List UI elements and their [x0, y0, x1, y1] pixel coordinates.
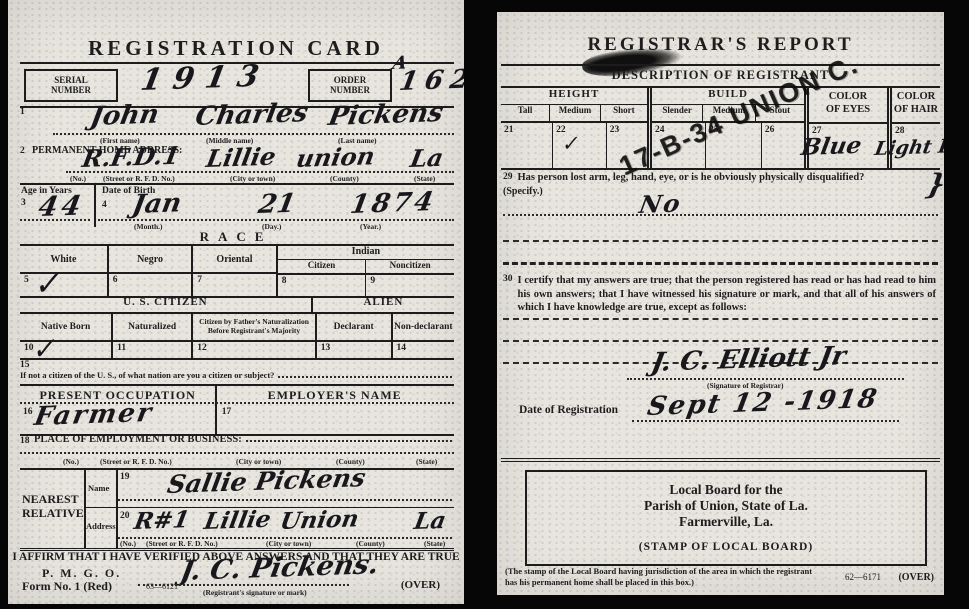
- rel-state-label: (State): [424, 539, 445, 548]
- over-label-right-card: (OVER): [898, 572, 934, 583]
- order-number-labelbox: ORDER NUMBER: [308, 69, 392, 102]
- race-indian-subrow: Citizen Noncitizen: [278, 259, 454, 273]
- addr-city-label: (City or town): [230, 174, 275, 183]
- eyes-value: Blue: [799, 132, 864, 161]
- race-table: White 5 ✓ Negro 6 Oriental 7 Indian Citi…: [20, 244, 454, 298]
- registrars-report-card: REGISTRAR'S REPORT DESCRIPTION OF REGIST…: [497, 12, 944, 595]
- q15-row: If not a citizen of the U. S., of what n…: [20, 370, 454, 380]
- date-of-registration-value: Sept 12 -1918: [645, 384, 881, 422]
- declarant-label: Declarant: [317, 314, 391, 340]
- q18-dotline: [246, 440, 452, 442]
- scanned-document: REGISTRATION CARD SERIAL NUMBER 1913 ORD…: [0, 0, 969, 609]
- race-oriental-label: Oriental: [193, 246, 275, 272]
- eyes-header-line2: OF EYES: [809, 103, 887, 116]
- q18-row: PLACE OF EMPLOYMENT OR BUSINESS:: [34, 434, 454, 445]
- relative-divider-1: [84, 470, 86, 548]
- registrar-signature: J. C. Elliott Jr: [649, 341, 848, 378]
- q17-number: 17: [222, 407, 232, 417]
- declarant-cell: 13: [317, 340, 391, 360]
- order-number-value: 1624: [397, 64, 464, 97]
- nearest-label-line2: RELATIVE: [22, 506, 84, 520]
- citizen-body-row: Native Born 10 ✓ Naturalized 11 Citizen …: [20, 312, 454, 360]
- tall-label: Tall: [501, 105, 550, 121]
- emp-no-label: (No.): [63, 457, 79, 466]
- native-born-cell: 10 ✓: [20, 340, 111, 360]
- race-indian-label: Indian: [278, 246, 454, 259]
- native-born-label: Native Born: [20, 314, 111, 340]
- citizen-col-father: Citizen by Father's Naturalization Befor…: [193, 314, 317, 360]
- rel-city-label: (City or town): [266, 539, 311, 548]
- addr-state-label: (State): [414, 174, 435, 183]
- father-naturalization-num: 12: [197, 343, 207, 353]
- age-dob-divider: [94, 183, 96, 227]
- employers-name-header: EMPLOYER'S NAME: [215, 388, 454, 403]
- race-citizen-num: 8: [278, 275, 367, 296]
- name-line: [53, 114, 454, 135]
- board-divider: [501, 458, 940, 462]
- race-indian-citizen-label: Citizen: [278, 260, 367, 273]
- order-label-line2: NUMBER: [330, 86, 370, 96]
- race-negro-cell: 6: [109, 272, 191, 296]
- race-white-cell: 5 ✓: [20, 272, 107, 296]
- native-born-num: 10: [24, 343, 34, 353]
- race-oriental-cell: 7: [193, 272, 275, 296]
- naturalized-label: Naturalized: [113, 314, 191, 340]
- q29-line2: [503, 240, 938, 242]
- registrars-report-title: REGISTRAR'S REPORT: [497, 34, 944, 56]
- q18-number: 18: [20, 436, 30, 446]
- age-dotline: [20, 200, 90, 221]
- addr-street-label: (Street or R. F. D. No.): [103, 174, 175, 183]
- board-stamp-line2: Parish of Union, State of La.: [527, 498, 925, 514]
- race-header: RACE: [8, 229, 464, 245]
- race-negro-num: 6: [113, 275, 118, 285]
- race-col-oriental: Oriental 7: [193, 246, 277, 296]
- q30-text: I certify that my answers are true; that…: [518, 274, 937, 315]
- serial-number-value: 1913: [138, 59, 273, 98]
- relative-address-label: Address: [86, 521, 116, 531]
- rel-street-label: (Street or R. F. D. No.): [146, 539, 218, 548]
- race-col-negro: Negro 6: [109, 246, 193, 296]
- q18-answer-line: [20, 452, 454, 454]
- q30-line1: [503, 318, 938, 320]
- citizen-col-native: Native Born 10 ✓: [20, 314, 113, 360]
- board-stamp-line3: Farmerville, La.: [527, 514, 925, 530]
- rel-no-label: (No.): [120, 539, 136, 548]
- race-col-indian: Indian Citizen Noncitizen 8 9: [278, 246, 454, 296]
- nondeclarant-num: 14: [397, 343, 407, 353]
- board-stamp-line1: Local Board for the: [527, 482, 925, 498]
- nearest-label-line1: NEAREST: [22, 492, 84, 506]
- q29-specify-label: (Specify.): [503, 186, 543, 197]
- hair-header-line2: OF HAIR: [892, 103, 940, 116]
- stout-cell: 26: [762, 123, 804, 168]
- emp-city-label: (City or town): [236, 457, 281, 466]
- place-of-employment-label: PLACE OF EMPLOYMENT OR BUSINESS:: [34, 434, 242, 445]
- q30-number: 30: [503, 274, 513, 315]
- naturalized-cell: 11: [113, 340, 191, 360]
- q29-line3: [503, 262, 938, 265]
- medium-label: Medium: [550, 105, 601, 121]
- date-of-registration-line: [632, 420, 899, 422]
- naturalized-num: 11: [117, 343, 126, 353]
- father-naturalization-label: Citizen by Father's Naturalization Befor…: [193, 314, 315, 340]
- addr-county-label: (County): [330, 174, 359, 183]
- tall-cell: 21: [501, 123, 553, 168]
- q29-line1: [503, 214, 938, 216]
- citizen-header-row: U. S. CITIZEN ALIEN: [20, 296, 454, 312]
- registrant-signature: J. C. Pickens.: [178, 549, 381, 587]
- occupation-block: PRESENT OCCUPATION EMPLOYER'S NAME 16 Fa…: [20, 384, 454, 436]
- declarant-num: 13: [321, 343, 331, 353]
- serial-number-labelbox: SERIAL NUMBER: [24, 69, 118, 102]
- hair-header: COLOR OF HAIR: [892, 88, 940, 122]
- nearest-relative-label: NEAREST RELATIVE: [22, 492, 84, 521]
- race-noncitizen-num: 9: [366, 275, 454, 296]
- hair-header-line1: COLOR: [892, 90, 940, 103]
- age-row-topline: [20, 183, 454, 185]
- alien-header: ALIEN: [311, 296, 454, 312]
- date-of-registration-label: Date of Registration: [519, 404, 618, 416]
- father-naturalization-cell: 12: [193, 340, 315, 360]
- check-mark-icon: ✓: [31, 330, 60, 367]
- citizen-col-declarant: Declarant 13: [317, 314, 393, 360]
- race-indian-numrow: 8 9: [278, 273, 454, 296]
- height-subrow: Tall Medium Short: [501, 104, 647, 121]
- hair-value: Light Brn: [873, 134, 944, 160]
- citizen-table: U. S. CITIZEN ALIEN Native Born 10 ✓ Nat…: [20, 296, 454, 360]
- race-indian-noncitizen-label: Noncitizen: [366, 260, 454, 273]
- addr-no-label: (No.): [70, 174, 86, 183]
- registrant-signature-label: (Registrant's signature or mark): [203, 588, 307, 597]
- stamp-of-local-board-caption: (STAMP OF LOCAL BOARD): [527, 541, 925, 553]
- q19-number: 19: [120, 472, 130, 482]
- emp-state-label: (State): [416, 457, 437, 466]
- nondeclarant-cell: 14: [393, 340, 454, 360]
- serial-label-line2: NUMBER: [51, 86, 91, 96]
- local-board-stamp-box: Local Board for the Parish of Union, Sta…: [525, 470, 927, 566]
- occupation-value: Farmer: [32, 398, 155, 432]
- q16-number: 16: [23, 407, 33, 417]
- form-number-label: Form No. 1 (Red): [22, 579, 112, 594]
- nondeclarant-label: Non-declarant: [393, 314, 454, 340]
- board-footnote: (The stamp of the Local Board having jur…: [505, 566, 817, 588]
- registrant-signature-line: [138, 584, 349, 586]
- over-label-left-card: (OVER): [401, 579, 440, 591]
- dob-dotline: [98, 200, 454, 221]
- relative-name-line: [118, 482, 452, 501]
- registrar-signature-line: [627, 378, 904, 380]
- check-mark-icon: ✓: [561, 130, 582, 157]
- q30-row: 30 I certify that my answers are true; t…: [503, 274, 936, 315]
- q15-dotline: [278, 376, 452, 378]
- race-negro-label: Negro: [109, 246, 191, 272]
- q2-number: 2: [20, 146, 25, 156]
- race-white-num: 5: [24, 275, 29, 285]
- q15-number: 15: [20, 360, 30, 370]
- q1-number: 1: [20, 107, 25, 117]
- print-code: 62—6171: [845, 572, 881, 582]
- rel-county-label: (County): [356, 539, 385, 548]
- relative-name-label: Name: [88, 483, 109, 493]
- race-col-white: White 5 ✓: [20, 246, 109, 296]
- q29-number: 29: [503, 172, 513, 183]
- q29-text: Has person lost arm, leg, hand, eye, or …: [518, 172, 865, 183]
- registration-card: REGISTRATION CARD SERIAL NUMBER 1913 ORD…: [8, 0, 464, 604]
- q30-line2: [503, 340, 938, 342]
- q15-text: If not a citizen of the U. S., of what n…: [20, 370, 274, 380]
- emp-street-label: (Street or R. F. D. No.): [100, 457, 172, 466]
- short-label: Short: [601, 105, 647, 121]
- race-oriental-num: 7: [197, 275, 202, 285]
- q29-row: 29 Has person lost arm, leg, hand, eye, …: [503, 172, 928, 183]
- address-line: [66, 152, 454, 173]
- us-citizen-header: U. S. CITIZEN: [20, 296, 311, 312]
- relative-address-line: [118, 520, 452, 539]
- citizen-col-nondeclarant: Non-declarant 14: [393, 314, 454, 360]
- height-header: HEIGHT: [501, 88, 647, 104]
- citizen-col-naturalized: Naturalized 11: [113, 314, 193, 360]
- nearest-relative-block: NEAREST RELATIVE Name Address 19 Sallie …: [20, 468, 454, 551]
